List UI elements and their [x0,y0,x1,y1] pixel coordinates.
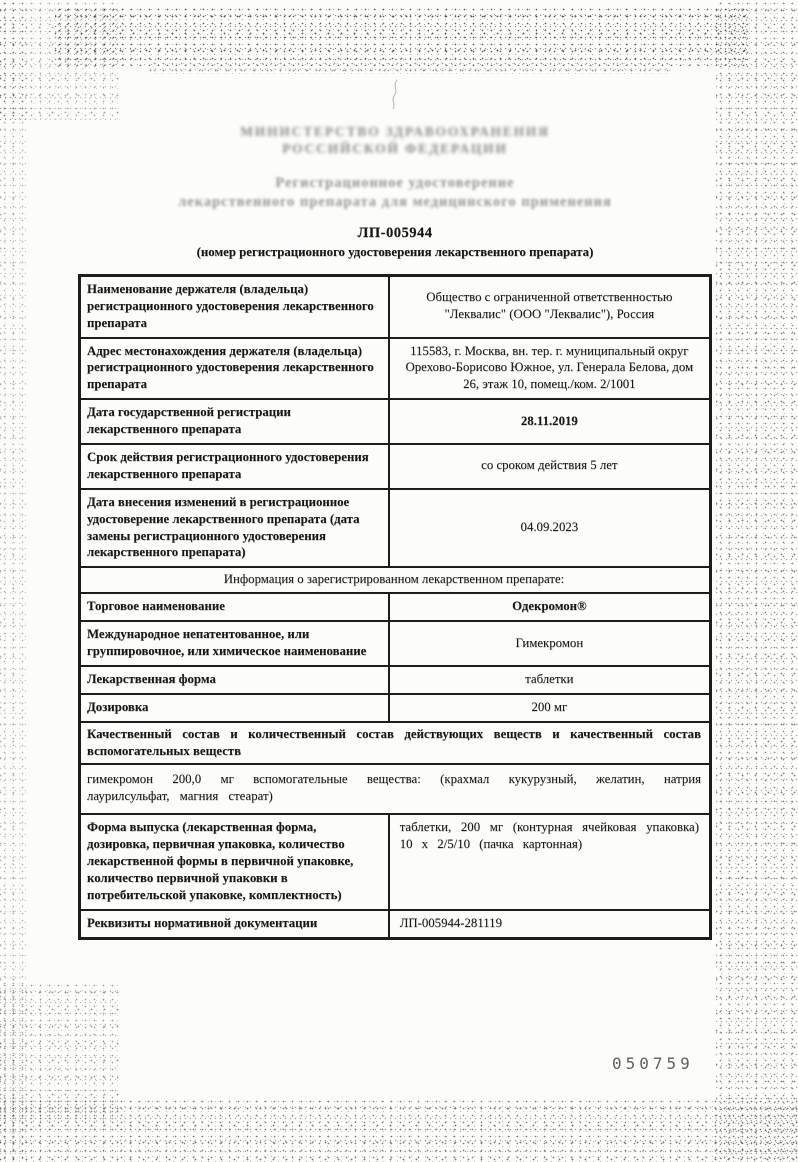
ministry-line1: МИНИСТЕРСТВО ЗДРАВООХРАНЕНИЯ [78,124,712,141]
scan-noise-right-band [716,0,798,1162]
registration-date-label: Дата государственной регистрации лекарст… [80,399,389,444]
registration-date-text: 28.11.2019 [521,414,578,428]
table-row: Форма выпуска (лекарственная форма, дози… [80,814,711,909]
page-stamp-number: 050759 [612,1054,694,1073]
table-row: Международное непатентованное, или групп… [80,621,711,666]
composition-header: Качественный состав и количественный сос… [80,722,711,765]
dosage-form-value: таблетки [389,666,711,694]
ministry-heading: МИНИСТЕРСТВО ЗДРАВООХРАНЕНИЯ РОССИЙСКОЙ … [78,124,712,158]
holder-name-label: Наименование держателя (владельца) регис… [80,275,389,337]
table-row: Торговое наименование Одекромон® [80,593,711,621]
table-row: Срок действия регистрационного удостовер… [80,444,711,489]
release-form-label: Форма выпуска (лекарственная форма, дози… [80,814,389,909]
scanned-registration-certificate: { "header": { "ministry_line1": "МИНИСТЕ… [0,0,798,1162]
ministry-line2: РОССИЙСКОЙ ФЕДЕРАЦИИ [78,141,712,158]
table-row: гимекромон 200,0 мг вспомогательные веще… [80,764,711,814]
table-row: Дата внесения изменений в регистрационно… [80,489,711,568]
composition-text: гимекромон 200,0 мг вспомогательные веще… [80,764,711,814]
validity-period-label: Срок действия регистрационного удостовер… [80,444,389,489]
scan-noise-left-band [0,0,26,1162]
document-content: МИНИСТЕРСТВО ЗДРАВООХРАНЕНИЯ РОССИЙСКОЙ … [78,0,712,940]
holder-address-value: 115583, г. Москва, вн. тер. г. муниципал… [389,338,711,400]
validity-period-value: со сроком действия 5 лет [389,444,711,489]
title-line2: лекарственного препарата для медицинског… [78,193,712,213]
table-row: Наименование держателя (владельца) регис… [80,275,711,337]
document-title: Регистрационное удостоверение лекарствен… [78,174,712,213]
normative-docs-value: ЛП-005944-281119 [389,910,711,938]
normative-docs-label: Реквизиты нормативной документации [80,910,389,938]
trade-name-text: Одекромон® [512,599,586,613]
amendment-date-value: 04.09.2023 [389,489,711,568]
trade-name-label: Торговое наименование [80,593,389,621]
dosage-label: Дозировка [80,694,389,722]
registration-date-value: 28.11.2019 [389,399,711,444]
holder-address-label: Адрес местонахождения держателя (владель… [80,338,389,400]
amendment-date-label: Дата внесения изменений в регистрационно… [80,489,389,568]
table-row: Качественный состав и количественный сос… [80,722,711,765]
inn-value: Гимекромон [389,621,711,666]
table-row: Информация о зарегистрированном лекарств… [80,567,711,593]
faint-pen-mark [383,78,407,112]
inn-label: Международное непатентованное, или групп… [80,621,389,666]
info-section-header: Информация о зарегистрированном лекарств… [80,567,711,593]
release-form-value: таблетки, 200 мг (контурная ячейковая уп… [389,814,711,909]
table-row: Дата государственной регистрации лекарст… [80,399,711,444]
trade-name-value: Одекромон® [389,593,711,621]
scan-noise-bottom-band [0,1098,798,1162]
table-row: Реквизиты нормативной документации ЛП-00… [80,910,711,938]
table-row: Дозировка 200 мг [80,694,711,722]
title-line1: Регистрационное удостоверение [78,174,712,194]
dosage-value: 200 мг [389,694,711,722]
registration-number: ЛП-005944 [78,225,712,242]
registration-number-caption: (номер регистрационного удостоверения ле… [78,245,712,260]
table-row: Лекарственная форма таблетки [80,666,711,694]
dosage-form-label: Лекарственная форма [80,666,389,694]
holder-name-value: Общество с ограниченной ответственностью… [389,275,711,337]
registration-table: Наименование держателя (владельца) регис… [78,274,712,940]
table-row: Адрес местонахождения держателя (владель… [80,338,711,400]
scan-noise-bottom-left [0,982,120,1122]
